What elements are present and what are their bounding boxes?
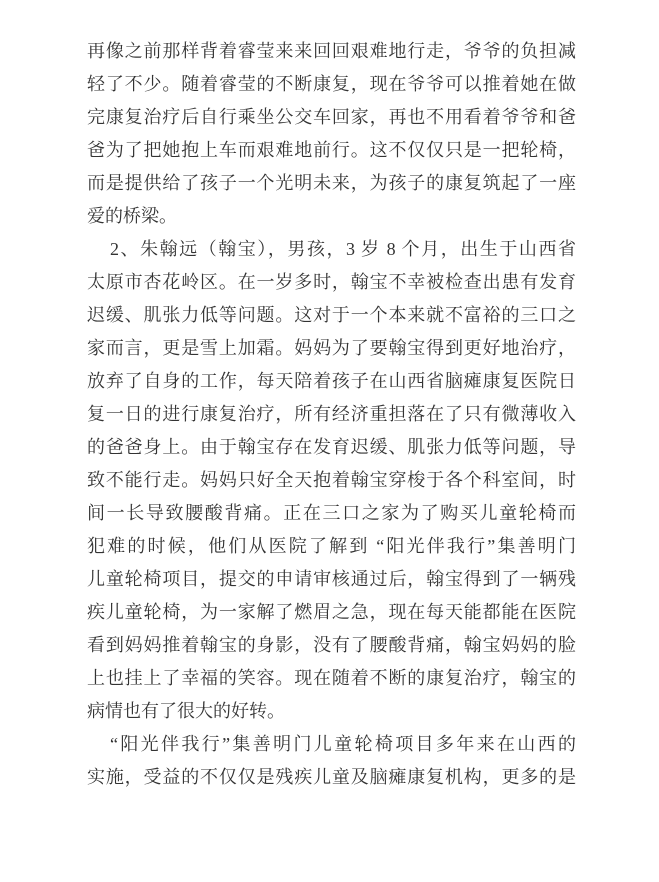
text-line: 完康复治疗后自行乘坐公交车回家，再也不用看着爷爷和爸 xyxy=(87,101,576,134)
paragraph: 2、朱翰远（翰宝），男孩，3 岁 8 个月，出生于山西省太原市杏花岭区。在一岁多… xyxy=(87,233,576,728)
text-line: 的爸爸身上。由于翰宝存在发育迟缓、肌张力低等问题，导 xyxy=(87,431,576,464)
text-line: 儿童轮椅项目，提交的申请审核通过后，翰宝得到了一辆残 xyxy=(87,563,576,596)
text-line: 放弃了自身的工作，每天陪着孩子在山西省脑瘫康复医院日 xyxy=(87,365,576,398)
text-line: 病情也有了很大的好转。 xyxy=(87,695,576,728)
text-line: 爱的桥梁。 xyxy=(87,200,576,233)
text-block: 再像之前那样背着睿莹来来回回艰难地行走，爷爷的负担减轻了不少。随着睿莹的不断康复… xyxy=(87,35,576,794)
text-line: 复一日的进行康复治疗，所有经济重担落在了只有微薄收入 xyxy=(87,398,576,431)
text-line: 爸为了把她抱上车而艰难地前行。这不仅仅只是一把轮椅， xyxy=(87,134,576,167)
text-line: 看到妈妈推着翰宝的身影，没有了腰酸背痛，翰宝妈妈的脸 xyxy=(87,629,576,662)
text-line: 家而言，更是雪上加霜。妈妈为了要翰宝得到更好地治疗， xyxy=(87,332,576,365)
text-line: 疾儿童轮椅，为一家解了燃眉之急，现在每天能都能在医院 xyxy=(87,596,576,629)
text-line: 太原市杏花岭区。在一岁多时，翰宝不幸被检查出患有发育 xyxy=(87,266,576,299)
text-line: 轻了不少。随着睿莹的不断康复，现在爷爷可以推着她在做 xyxy=(87,68,576,101)
paragraph: 再像之前那样背着睿莹来来回回艰难地行走，爷爷的负担减轻了不少。随着睿莹的不断康复… xyxy=(87,35,576,233)
text-line: “阳光伴我行”集善明门儿童轮椅项目多年来在山西的 xyxy=(87,728,576,761)
text-line: 2、朱翰远（翰宝），男孩，3 岁 8 个月，出生于山西省 xyxy=(87,233,576,266)
text-line: 实施，受益的不仅仅是残疾儿童及脑瘫康复机构，更多的是 xyxy=(87,761,576,794)
text-line: 犯难的时候，他们从医院了解到 “阳光伴我行”集善明门 xyxy=(87,530,576,563)
text-line: 再像之前那样背着睿莹来来回回艰难地行走，爷爷的负担减 xyxy=(87,35,576,68)
text-line: 而是提供给了孩子一个光明未来，为孩子的康复筑起了一座 xyxy=(87,167,576,200)
text-line: 间一长导致腰酸背痛。正在三口之家为了购买儿童轮椅而 xyxy=(87,497,576,530)
document-page: 再像之前那样背着睿莹来来回回艰难地行走，爷爷的负担减轻了不少。随着睿莹的不断康复… xyxy=(0,0,659,882)
paragraph: “阳光伴我行”集善明门儿童轮椅项目多年来在山西的实施，受益的不仅仅是残疾儿童及脑… xyxy=(87,728,576,794)
text-line: 致不能行走。妈妈只好全天抱着翰宝穿梭于各个科室间，时 xyxy=(87,464,576,497)
text-line: 上也挂上了幸福的笑容。现在随着不断的康复治疗，翰宝的 xyxy=(87,662,576,695)
text-line: 迟缓、肌张力低等问题。这对于一个本来就不富裕的三口之 xyxy=(87,299,576,332)
